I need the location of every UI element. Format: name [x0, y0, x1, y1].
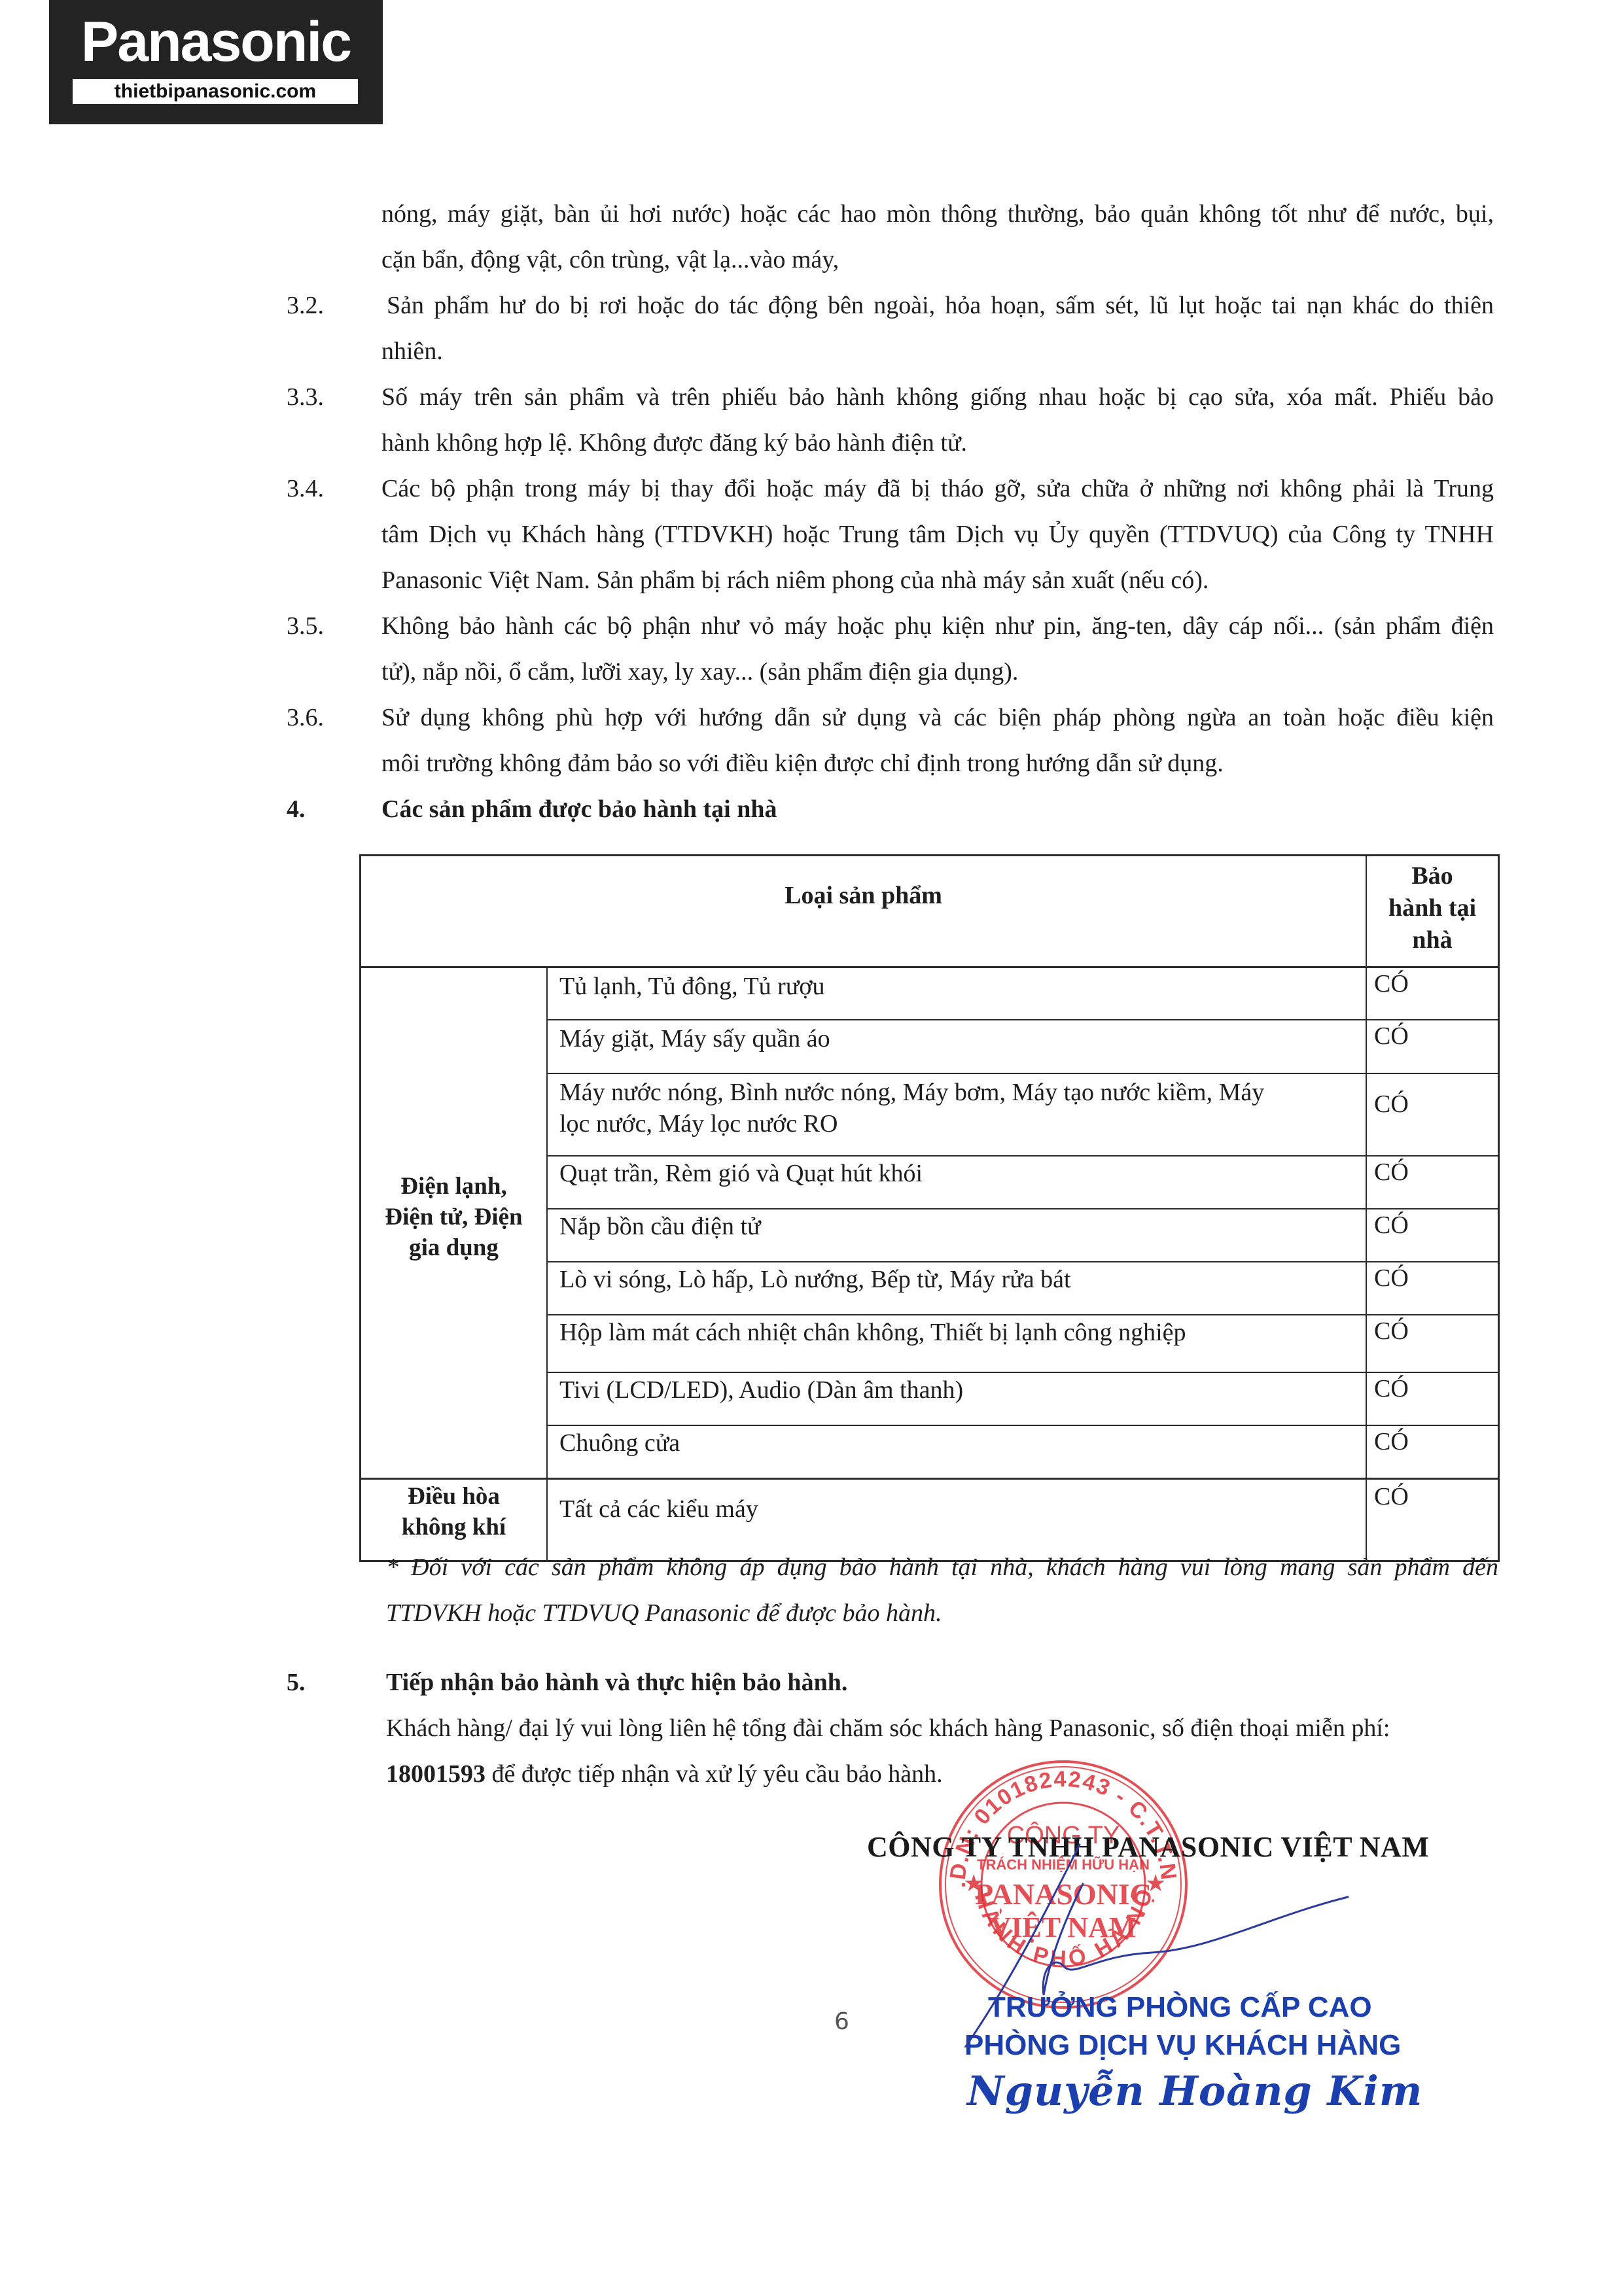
- section-title: Tiếp nhận bảo hành và thực hiện bảo hành…: [386, 1668, 847, 1697]
- paragraph-line: nóng, máy giặt, bàn ủi hơi nước) hoặc cá…: [381, 200, 1494, 228]
- paragraph-line: Số máy trên sản phẩm và trên phiếu bảo h…: [381, 383, 1494, 411]
- table-row-product: Quạt trần, Rèm gió và Quạt hút khói: [559, 1158, 923, 1189]
- hotline-number: 18001593: [386, 1760, 485, 1788]
- table-row-home: CÓ: [1374, 1209, 1409, 1241]
- paragraph-line: Panasonic Việt Nam. Sản phẩm bị rách niê…: [381, 566, 1209, 595]
- paragraph-line: tử), nắp nồi, ổ cắm, lưỡi xay, ly xay...…: [381, 657, 1018, 686]
- paragraph-line: Các bộ phận trong máy bị thay đổi hoặc m…: [381, 474, 1494, 503]
- table-note-line: * Đối với các sản phẩm không áp dụng bảo…: [386, 1553, 1498, 1582]
- paragraph-line: Khách hàng/ đại lý vui lòng liên hệ tổng…: [386, 1714, 1390, 1743]
- group-label-line: gia dụng: [361, 1232, 546, 1263]
- product-line: lọc nước, Máy lọc nước RO: [559, 1108, 1264, 1139]
- table-row-product: Tất cả các kiểu máy: [559, 1493, 758, 1525]
- table-row-home: CÓ: [1374, 1088, 1409, 1120]
- paragraph-line-rest: để được tiếp nhận và xử lý yêu cầu bảo h…: [485, 1760, 943, 1788]
- table-row-home: CÓ: [1374, 1481, 1409, 1512]
- section-number: 5.: [287, 1668, 306, 1697]
- group-label-line: không khí: [361, 1512, 546, 1542]
- table-row-home: CÓ: [1374, 1315, 1409, 1347]
- table-row-product: Nắp bồn cầu điện tử: [559, 1211, 761, 1242]
- item-number: 3.3.: [287, 383, 324, 411]
- paragraph-line: môi trường không đảm bảo so với điều kiệ…: [381, 749, 1224, 778]
- table-row-product: Tủ lạnh, Tủ đông, Tủ rượu: [559, 971, 825, 1002]
- product-line: Máy nước nóng, Bình nước nóng, Máy bơm, …: [559, 1077, 1264, 1108]
- paragraph-line: Sản phẩm hư do bị rơi hoặc do tác động b…: [387, 291, 1494, 320]
- paragraph-line: Sử dụng không phù hợp với hướng dẫn sử d…: [381, 703, 1494, 732]
- section-title: Các sản phẩm được bảo hành tại nhà: [381, 795, 777, 824]
- item-number: 3.5.: [287, 612, 324, 640]
- group-label-electronics: Điện lạnh, Điện tử, Điện gia dụng: [361, 1171, 546, 1263]
- table-row-product: Máy giặt, Máy sấy quần áo: [559, 1023, 830, 1054]
- header-line: hành tại: [1367, 892, 1498, 924]
- handwritten-signature: [903, 1832, 1374, 2047]
- table-note-line: TTDVKH hoặc TTDVUQ Panasonic để được bảo…: [386, 1599, 942, 1627]
- table-row-home: CÓ: [1374, 1426, 1409, 1457]
- table-header-product: Loại sản phẩm: [361, 880, 1366, 911]
- table-row-product: Chuông cửa: [559, 1427, 680, 1459]
- header-line: nhà: [1367, 924, 1498, 956]
- section-number: 4.: [287, 795, 306, 824]
- table-header-home-warranty: Bảo hành tại nhà: [1367, 860, 1498, 956]
- group-label-air-conditioner: Điều hòa không khí: [361, 1472, 546, 1542]
- logo-url-text: thietbipanasonic.com: [73, 79, 358, 104]
- table-row-home: CÓ: [1374, 1262, 1409, 1294]
- signer-name: Nguyễn Hoàng Kim: [967, 2067, 1422, 2115]
- paragraph-line: 18001593 để được tiếp nhận và xử lý yêu …: [386, 1760, 943, 1788]
- page-number: 6: [834, 2008, 849, 2035]
- item-number: 3.4.: [287, 474, 324, 503]
- table-row-product: Máy nước nóng, Bình nước nóng, Máy bơm, …: [559, 1077, 1264, 1139]
- table-row-product: Hộp làm mát cách nhiệt chân không, Thiết…: [559, 1317, 1186, 1348]
- table-row-product: Tivi (LCD/LED), Audio (Dàn âm thanh): [559, 1374, 963, 1406]
- group-label-line: Điện lạnh,: [361, 1171, 546, 1202]
- item-number: 3.2.: [287, 291, 324, 320]
- header-line: Bảo: [1367, 860, 1498, 892]
- group-label-line: Điện tử, Điện: [361, 1202, 546, 1232]
- table-row-home: CÓ: [1374, 968, 1409, 1000]
- paragraph-line: tâm Dịch vụ Khách hàng (TTDVKH) hoặc Tru…: [381, 520, 1494, 549]
- paragraph-line: hành không hợp lệ. Không được đăng ký bả…: [381, 428, 967, 457]
- table-row-home: CÓ: [1374, 1020, 1409, 1052]
- logo-panasonic: Panasonic thietbipanasonic.com: [49, 0, 383, 124]
- paragraph-line: nhiên.: [381, 337, 443, 366]
- item-number: 3.6.: [287, 703, 324, 732]
- table-row-home: CÓ: [1374, 1373, 1409, 1404]
- group-label-line: Điều hòa: [361, 1481, 546, 1512]
- table-row-product: Lò vi sóng, Lò hấp, Lò nướng, Bếp từ, Má…: [559, 1264, 1071, 1295]
- paragraph-line: Không bảo hành các bộ phận như vỏ máy ho…: [381, 612, 1494, 640]
- logo-brand-text: Panasonic: [49, 9, 383, 75]
- table-row-home: CÓ: [1374, 1157, 1409, 1188]
- paragraph-line: cặn bẩn, động vật, côn trùng, vật lạ...v…: [381, 245, 839, 274]
